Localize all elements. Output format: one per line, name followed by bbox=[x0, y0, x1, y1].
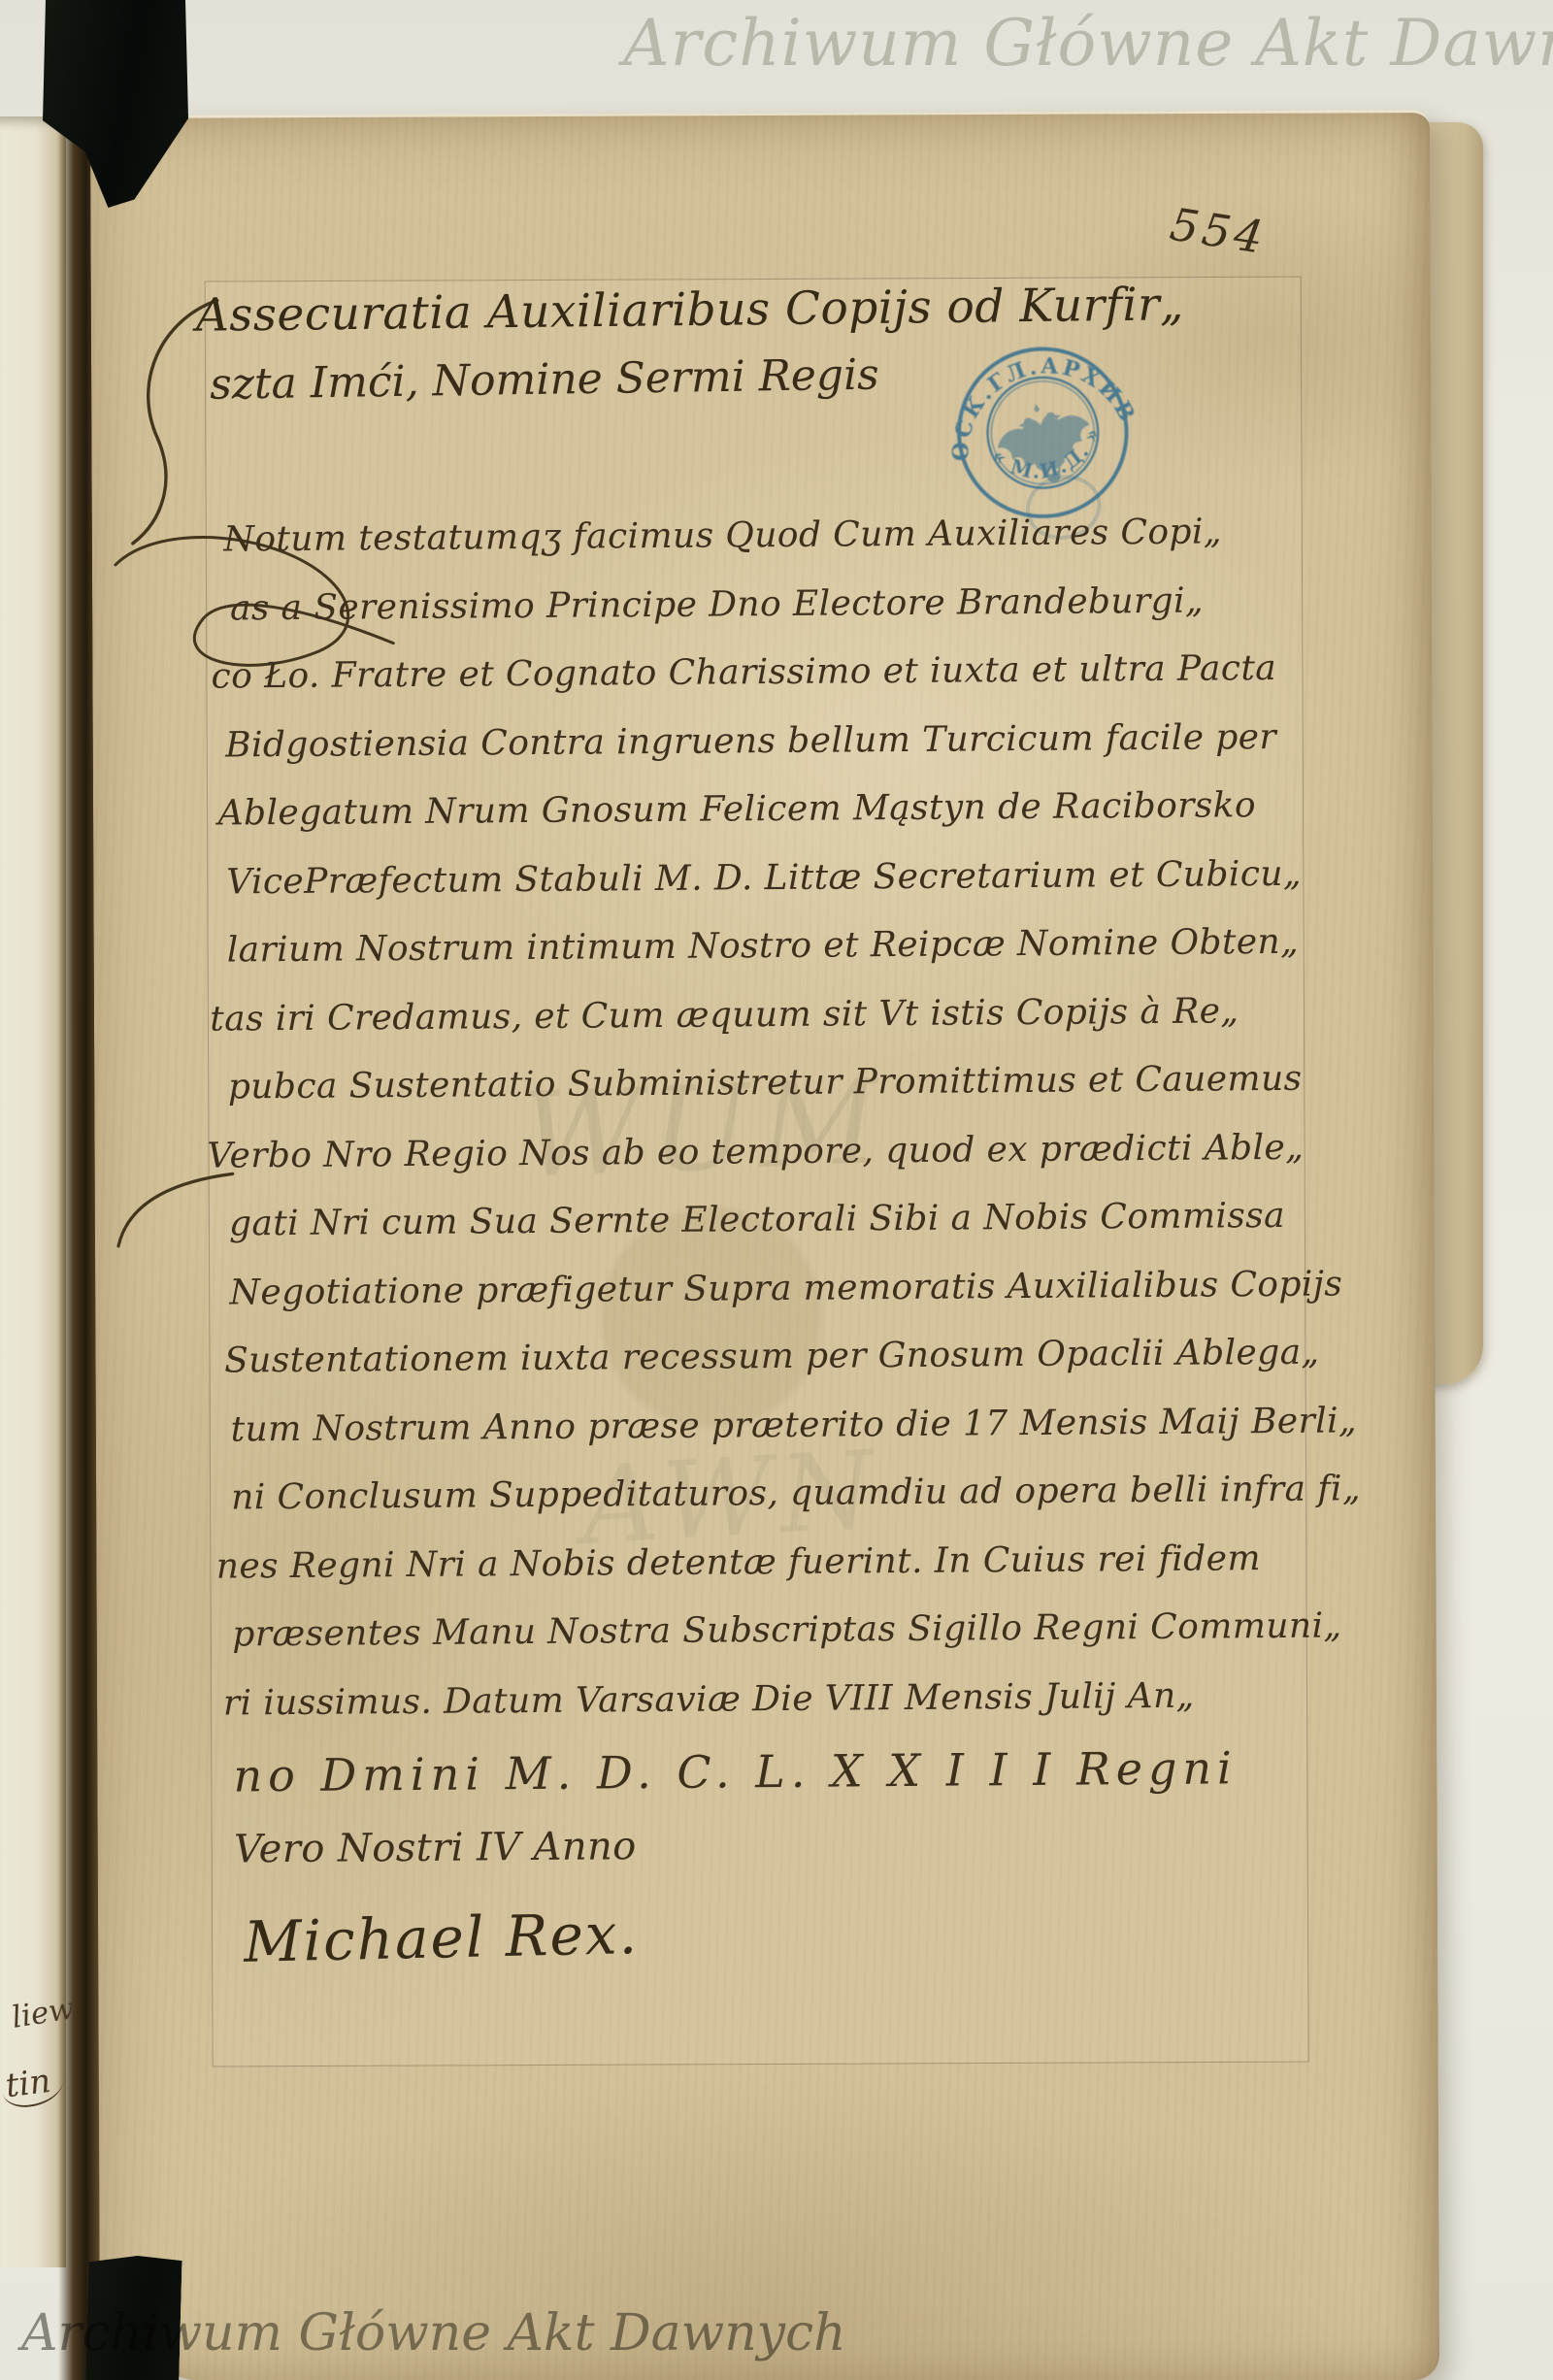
archive-watermark-top: Archiwum Główne Akt Dawnych bbox=[623, 6, 1553, 81]
manuscript-line: co Ło. Fratre et Cognato Charissimo et i… bbox=[211, 634, 1371, 711]
manuscript-line: Vero Nostri IV Anno bbox=[234, 1804, 1380, 1885]
manuscript-line: præsentes Manu Nostra Subscriptas Sigill… bbox=[232, 1592, 1378, 1669]
archive-scan: Archiwum Główne Akt Dawnych liew tin 554… bbox=[0, 0, 1553, 2380]
manuscript-line: as a Serenissimo Principe Dno Electore B… bbox=[230, 566, 1371, 644]
manuscript-line: Sustentationem iuxta recessum per Gnosum… bbox=[224, 1318, 1376, 1396]
manuscript-line: VicePræfectum Stabuli M. D. Littæ Secret… bbox=[226, 840, 1372, 917]
manuscript-line: no Dmini M. D. C. L. X X I I I Regni bbox=[233, 1729, 1379, 1813]
royal-signature: Michael Rex. bbox=[243, 1901, 639, 1975]
manuscript-line: Verbo Nro Regio Nos ab eo tempore, quod … bbox=[207, 1113, 1374, 1191]
manuscript-line: larium Nostrum intimum Nostro et Reipcæ … bbox=[227, 908, 1373, 985]
left-page-edge bbox=[0, 116, 66, 2267]
manuscript-page: 554 WUM AWN Assecuratia Auxiliaribus Cop… bbox=[90, 110, 1439, 2380]
document-title: Assecuratia Auxiliaribus Copijs od Kurfi… bbox=[196, 280, 1381, 403]
manuscript-line: nes Regni Nri a Nobis detentæ fuerint. I… bbox=[215, 1524, 1377, 1602]
manuscript-line: tas iri Credamus, et Cum æquum sit Vt is… bbox=[210, 976, 1373, 1054]
manuscript-line: gati Nri cum Sua Sernte Electorali Sibi … bbox=[229, 1181, 1375, 1259]
manuscript-body: Notum testatumqʒ facimus Quod Cum Auxili… bbox=[223, 497, 1379, 1885]
manuscript-line: Notum testatumqʒ facimus Quod Cum Auxili… bbox=[223, 497, 1370, 575]
ribbon-bottom bbox=[85, 2256, 182, 2380]
manuscript-line: ri iussimus. Datum Varsaviæ Die VIII Men… bbox=[223, 1661, 1379, 1738]
page-number: 554 bbox=[1167, 198, 1271, 265]
title-line: Assecuratia Auxiliaribus Copijs od Kurfi… bbox=[196, 276, 1381, 343]
manuscript-line: tum Nostrum Anno præse præterito die 17 … bbox=[230, 1387, 1376, 1465]
manuscript-line: Ablegatum Nrum Gnosum Felicem Mąstyn de … bbox=[217, 771, 1371, 848]
manuscript-line: Negotiatione præfigetur Supra memoratis … bbox=[229, 1250, 1375, 1328]
manuscript-line: Bidgostiensia Contra ingruens bellum Tur… bbox=[225, 703, 1371, 780]
manuscript-line: pubca Sustentatio Subministretur Promitt… bbox=[228, 1044, 1374, 1122]
manuscript-line: ni Conclusum Suppeditaturos, quamdiu ad … bbox=[231, 1455, 1377, 1533]
